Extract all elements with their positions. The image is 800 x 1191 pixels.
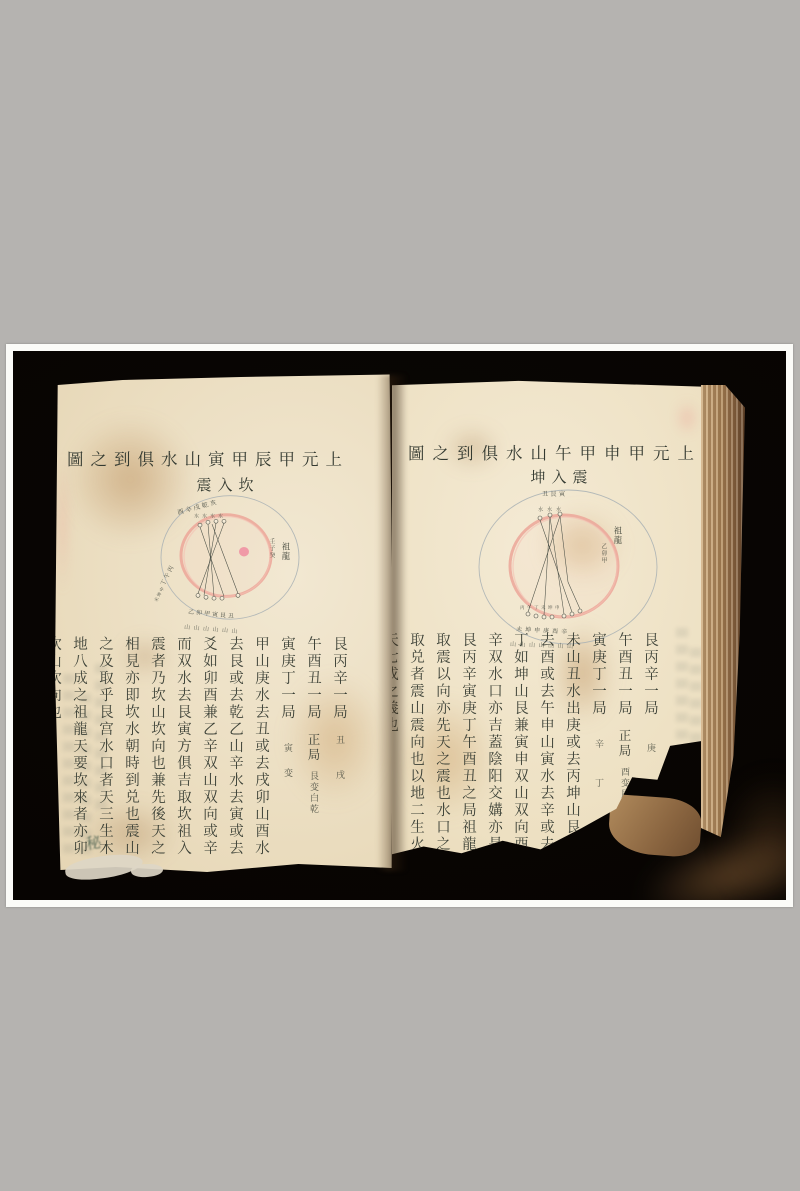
bottom-marks-label: 山山山山山山 [184, 623, 241, 635]
left-page-text: 艮丙辛一局丑戌 午酉丑一局正局艮变白乾 寅庚丁一局寅变 甲山庚水去丑或去戌卯山酉… [91, 636, 349, 871]
text-column: 丁如坤山艮兼寅申双山双向酉 [510, 632, 530, 864]
ancestor-trigram-label: 乙卯甲 [600, 543, 607, 564]
secret-seal-mark: 秘 [85, 831, 102, 854]
text-column: 相見亦即坎水朝時到兑也震山 [121, 636, 141, 871]
text-column: 去酉或去午申山寅水去辛或去 [536, 632, 556, 864]
pink-tint-corner [670, 394, 704, 442]
screenshot-root: 圖之到俱水山寅甲辰甲元上 震入坎 [0, 0, 800, 1191]
bleedthrough-text [676, 628, 688, 798]
waters-label: 水水水水 [194, 513, 226, 520]
text-column: 震者乃坎山坎向也兼先後天之 [147, 636, 167, 871]
text-column: 坎山坎向也 [43, 636, 63, 871]
text-column: 爻如卯酉兼乙辛双山双向或辛 [199, 636, 219, 871]
side-arc-label: 丁午丙 [158, 563, 176, 587]
page-stack-edge [701, 385, 745, 837]
bottom-points-labels: 丙午丁未坤申 [520, 604, 562, 611]
right-diagram: 丑艮寅 水水水 丙午丁未坤申 未坤申庚酉辛 山山山山山山山 [468, 482, 668, 652]
text-column: 取兑者震山震向也以地二生火 [406, 632, 426, 864]
text-column: 艮丙辛一局丑戌 [329, 636, 349, 871]
text-column: 而双水去艮寅方俱吉取坎祖入 [173, 636, 193, 871]
torn-underpage-fragment [607, 794, 703, 858]
photo-black-area: 圖之到俱水山寅甲辰甲元上 震入坎 [13, 351, 786, 900]
left-page: 圖之到俱水山寅甲辰甲元上 震入坎 [55, 374, 393, 874]
waters-label: 水水水 [538, 506, 565, 513]
left-diagram: 酉辛戌乾亥 水水水水 乙卯甲寅艮丑 山山山山山山 丁午丙 未坤申 [150, 489, 320, 641]
right-page-title: 圖之到俱水山午甲申甲元上 [408, 440, 702, 464]
top-label: 丑艮寅 [542, 490, 568, 498]
text-column: 艮丙辛寅庚丁午酉丑之局祖龍 [458, 632, 478, 864]
text-column: 未山丑水出庚或去丙坤山艮水 [562, 632, 582, 864]
bottom-mountains-label: 乙卯甲寅艮丑 [188, 608, 237, 621]
bleedthrough-text [690, 648, 702, 788]
text-column: 甲山庚水去丑或去戌卯山酉水 [251, 636, 271, 871]
ancestor-dragon-label: 祖龍 [612, 526, 622, 545]
text-column: 寅庚丁一局寅变 [277, 636, 297, 871]
book-gutter [377, 375, 407, 871]
pink-dot [239, 547, 249, 557]
text-column: 辛双水口亦吉蓋陰阳交媾亦是 [484, 632, 504, 864]
text-column: 去艮或去乾乙山辛水去寅或去 [225, 636, 245, 871]
ancestor-trigram-label: 壬子癸 [268, 538, 275, 559]
photo-frame: 圖之到俱水山寅甲辰甲元上 震入坎 [6, 344, 793, 907]
text-column: 午酉丑一局正局艮变白乾 [303, 636, 323, 871]
paper-sliver [131, 863, 164, 878]
side-arc-small-label: 未坤申 [152, 585, 166, 603]
text-column: 取震以向亦先天之震也水口之 [432, 632, 452, 864]
right-page: 圖之到俱水山午甲申甲元上 坤入震 [392, 378, 708, 862]
text-column: 寅庚丁一局辛丁 [588, 632, 608, 864]
left-page-title: 圖之到俱水山寅甲辰甲元上 [67, 446, 349, 470]
ancestor-dragon-label: 祖龍 [280, 542, 290, 561]
